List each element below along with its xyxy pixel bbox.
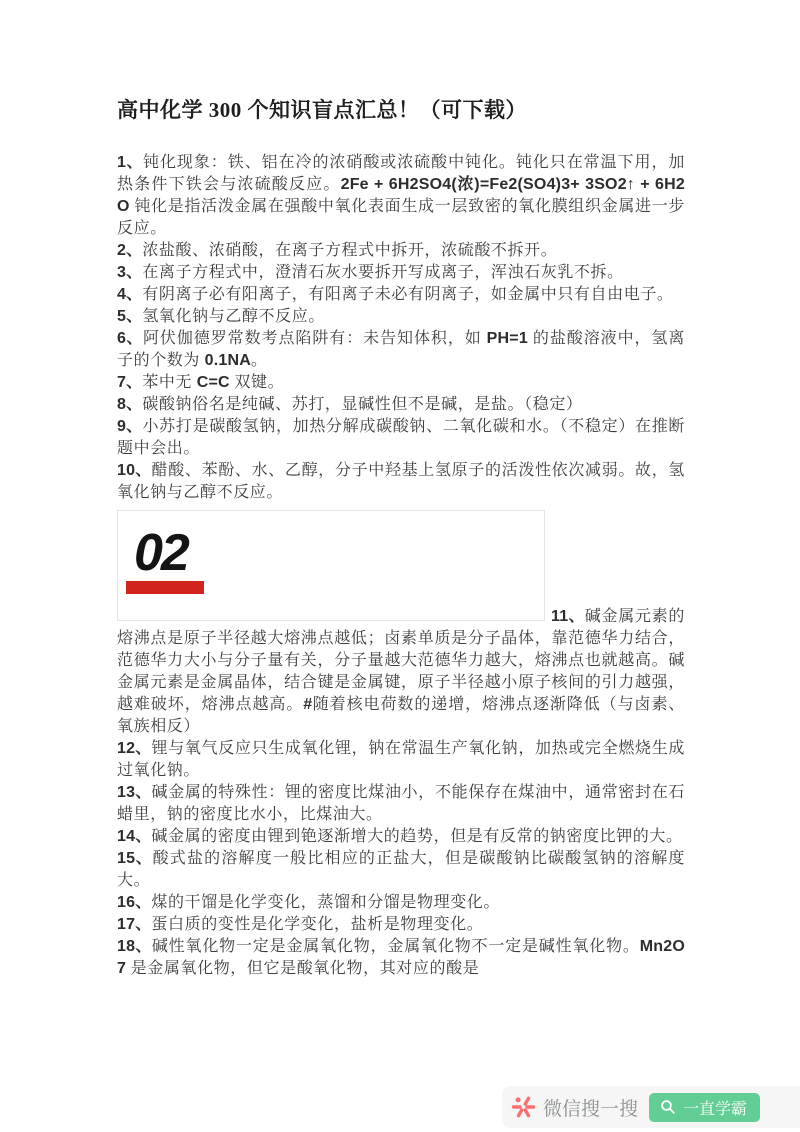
knowledge-point: 2、浓盐酸、浓硝酸，在离子方程式中拆开，浓硫酸不拆开。 (117, 240, 685, 262)
knowledge-point: 4、有阴离子必有阳离子，有阳离子未必有阴离子，如金属中只有自由电子。 (117, 284, 685, 306)
magnifier-icon (660, 1099, 676, 1115)
point-number: 13、 (117, 784, 152, 801)
knowledge-point: 17、蛋白质的变性是化学变化，盐析是物理变化。 (117, 914, 685, 936)
knowledge-point: 1、钝化现象：铁、铝在冷的浓硝酸或浓硫酸中钝化。钝化只在常温下用，加热条件下铁会… (117, 152, 685, 240)
knowledge-point: 10、醋酸、苯酚、水、乙醇，分子中羟基上氢原子的活泼性依次减弱。故，氢氧化钠与乙… (117, 460, 685, 504)
point-text: 碳酸钠俗名是纯碱、苏打，显碱性但不是碱，是盐。（稳定） (142, 396, 582, 413)
point-text: 。 (251, 352, 268, 369)
point-number: 18、 (117, 938, 152, 955)
point-text: 碱金属的密度由锂到铯逐渐增大的趋势，但是有反常的钠密度比钾的大。 (151, 828, 682, 845)
knowledge-point: 0211、碱金属元素的熔沸点是原子半径越大熔沸点越低；卤素单质是分子晶体，靠范德… (117, 504, 685, 738)
point-text: 双键。 (230, 374, 284, 391)
point-number: 12、 (117, 740, 152, 757)
point-number: 2、 (117, 242, 142, 259)
point-text: 阿伏伽德罗常数考点陷阱有：未告知体积，如 (143, 330, 487, 347)
point-text: 碱金属的特殊性：锂的密度比煤油小，不能保存在煤油中，通常密封在石蜡里，钠的密度比… (117, 784, 685, 823)
knowledge-point: 3、在离子方程式中，澄清石灰水要拆开写成离子，浑浊石灰乳不拆。 (117, 262, 685, 284)
knowledge-point: 9、小苏打是碳酸氢钠，加热分解成碳酸钠、二氧化碳和水。（不稳定）在推断题中会出。 (117, 416, 685, 460)
point-text: 酸式盐的溶解度一般比相应的正盐大，但是碳酸钠比碳酸氢钠的溶解度大。 (117, 850, 685, 889)
knowledge-point: 6、阿伏伽德罗常数考点陷阱有：未告知体积，如 PH=1 的盐酸溶液中，氢离子的个… (117, 328, 685, 372)
point-number: 16、 (117, 894, 151, 911)
point-text: 是金属氧化物，但它是酸氧化物，其对应的酸是 (126, 960, 479, 977)
knowledge-point: 12、锂与氧气反应只生成氧化锂，钠在常温生产氧化钠，加热或完全燃烧生成过氧化钠。 (117, 738, 685, 782)
point-number: 1、 (117, 154, 143, 171)
point-text: 锂与氧气反应只生成氧化锂，钠在常温生产氧化钠，加热或完全燃烧生成过氧化钠。 (117, 740, 685, 779)
point-text: 小苏打是碳酸氢钠，加热分解成碳酸钠、二氧化碳和水。（不稳定）在推断题中会出。 (117, 418, 685, 457)
point-text: 苯中无 (142, 374, 196, 391)
point-number: 5、 (117, 308, 142, 325)
wechat-search-widget[interactable]: 微信搜一搜 一直学霸 (502, 1086, 800, 1128)
section-02-image: 02 (117, 510, 545, 621)
point-text: 在离子方程式中，澄清石灰水要拆开写成离子，浑浊石灰乳不拆。 (142, 264, 623, 281)
section-number: 02 (134, 527, 188, 579)
wechat-search-label: 微信搜一搜 (543, 1094, 638, 1121)
point-number: 8、 (117, 396, 142, 413)
point-text: 钝化是指活泼金属在强酸中氧化表面生成一层致密的氧化膜组织金属进一步反应。 (117, 198, 685, 237)
knowledge-point: 14、碱金属的密度由锂到铯逐渐增大的趋势，但是有反常的钠密度比钾的大。 (117, 826, 685, 848)
point-text: 浓盐酸、浓硝酸，在离子方程式中拆开，浓硫酸不拆开。 (142, 242, 557, 259)
article-title: 高中化学 300 个知识盲点汇总！（可下载） (117, 95, 685, 125)
wechat-sousou-icon (511, 1094, 536, 1120)
point-text: 氢氧化钠与乙醇不反应。 (142, 308, 325, 325)
knowledge-point: 5、氢氧化钠与乙醇不反应。 (117, 306, 685, 328)
point-number: 15、 (117, 850, 153, 867)
point-text: 有阴离子必有阳离子，有阳离子未必有阴离子，如金属中只有自由电子。 (142, 286, 673, 303)
point-number: 6、 (117, 330, 143, 347)
chem-formula: PH=1 (487, 330, 528, 347)
knowledge-point: 7、苯中无 C=C 双键。 (117, 372, 685, 394)
point-number: 9、 (117, 418, 142, 435)
red-underline-bar (126, 581, 204, 594)
point-number: 11、 (551, 608, 585, 625)
chem-formula: C=C (197, 374, 230, 391)
point-text: 煤的干馏是化学变化，蒸馏和分馏是物理变化。 (151, 894, 500, 911)
knowledge-point: 8、碳酸钠俗名是纯碱、苏打，显碱性但不是碱，是盐。（稳定） (117, 394, 685, 416)
point-text: 蛋白质的变性是化学变化，盐析是物理变化。 (151, 916, 483, 933)
point-number: 14、 (117, 828, 151, 845)
article-body: 1、钝化现象：铁、铝在冷的浓硝酸或浓硫酸中钝化。钝化只在常温下用，加热条件下铁会… (117, 152, 685, 980)
wechat-search-button[interactable]: 一直学霸 (649, 1093, 760, 1122)
knowledge-point: 13、碱金属的特殊性：锂的密度比煤油小，不能保存在煤油中，通常密封在石蜡里，钠的… (117, 782, 685, 826)
chem-formula: 0.1NA (205, 352, 251, 369)
wechat-search-button-label: 一直学霸 (683, 1096, 747, 1119)
point-number: 10、 (117, 462, 152, 479)
knowledge-point: 15、酸式盐的溶解度一般比相应的正盐大，但是碳酸钠比碳酸氢钠的溶解度大。 (117, 848, 685, 892)
point-text: 碱性氧化物一定是金属氧化物，金属氧化物不一定是碱性氧化物。 (152, 938, 640, 955)
point-number: 4、 (117, 286, 142, 303)
point-number: 7、 (117, 374, 142, 391)
article: 高中化学 300 个知识盲点汇总！（可下载） 1、钝化现象：铁、铝在冷的浓硝酸或… (117, 95, 685, 980)
knowledge-point: 18、碱性氧化物一定是金属氧化物，金属氧化物不一定是碱性氧化物。Mn2O7 是金… (117, 936, 685, 980)
point-number: 3、 (117, 264, 142, 281)
point-text: 醋酸、苯酚、水、乙醇，分子中羟基上氢原子的活泼性依次减弱。故，氢氧化钠与乙醇不反… (117, 462, 685, 501)
knowledge-point: 16、煤的干馏是化学变化，蒸馏和分馏是物理变化。 (117, 892, 685, 914)
point-number: 17、 (117, 916, 151, 933)
